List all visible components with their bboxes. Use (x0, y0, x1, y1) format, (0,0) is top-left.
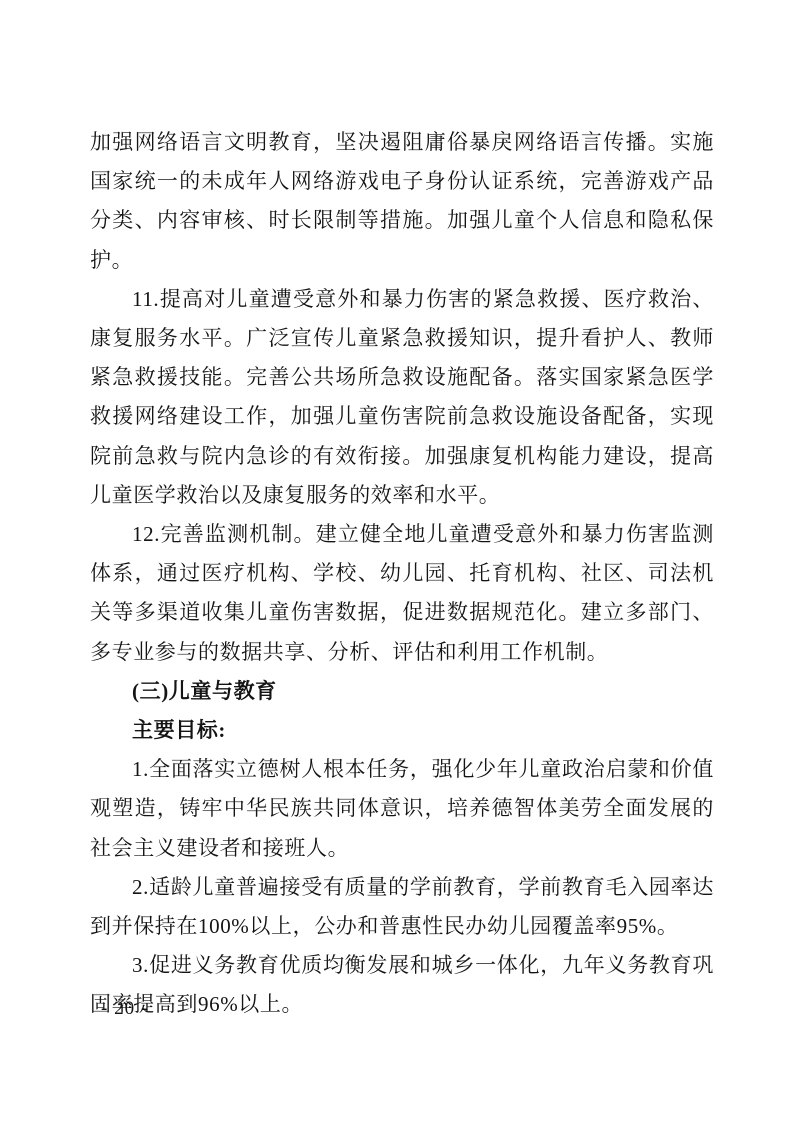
document-page: 加强网络语言文明教育，坚决遏阻庸俗暴戾网络语言传播。实施国家统一的未成年人网络游… (0, 0, 794, 1122)
section-heading-children-education: (三)儿童与教育 (90, 672, 714, 711)
document-body: 加强网络语言文明教育，坚决遏阻庸俗暴戾网络语言传播。实施国家统一的未成年人网络游… (90, 123, 714, 1025)
paragraph-goal-3: 3.促进义务教育优质均衡发展和城乡一体化，九年义务教育巩固率提高到96%以上。 (90, 946, 714, 1024)
paragraph-goal-1: 1.全面落实立德树人根本任务，强化少年儿童政治启蒙和价值观塑造，铸牢中华民族共同… (90, 750, 714, 868)
page-number: - 20 - (101, 997, 148, 1021)
paragraph-continuation: 加强网络语言文明教育，坚决遏阻庸俗暴戾网络语言传播。实施国家统一的未成年人网络游… (90, 123, 714, 280)
subheading-main-goals: 主要目标: (90, 711, 714, 750)
paragraph-item-11: 11.提高对儿童遭受意外和暴力伤害的紧急救援、医疗救治、康复服务水平。广泛宣传儿… (90, 280, 714, 515)
paragraph-goal-2: 2.适龄儿童普遍接受有质量的学前教育，学前教育毛入园率达到并保持在100%以上，… (90, 868, 714, 946)
paragraph-item-12: 12.完善监测机制。建立健全地儿童遭受意外和暴力伤害监测体系，通过医疗机构、学校… (90, 515, 714, 672)
